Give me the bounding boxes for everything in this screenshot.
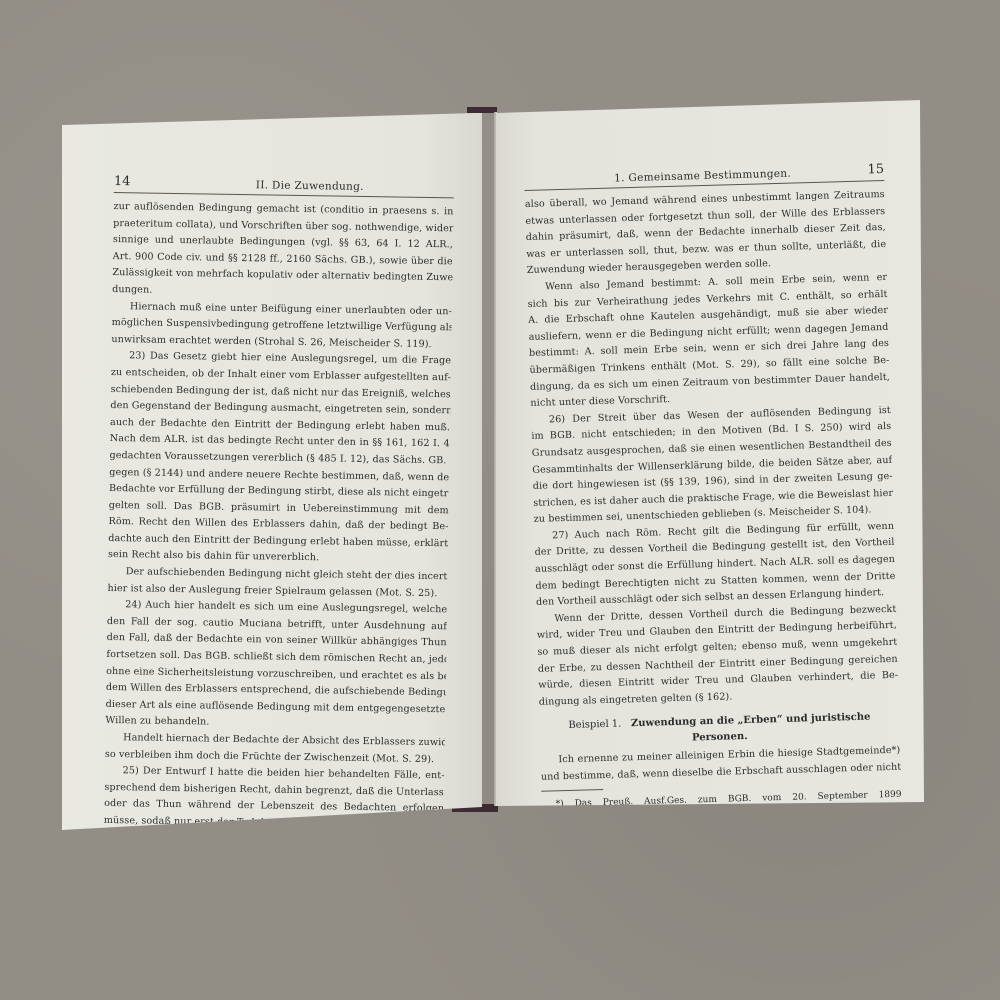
text-line: würde. Im Entwurf II ist dies ausgedehnt… — [103, 829, 443, 851]
left-page-content: 14 II. Die Zuwendung. zur auflösenden Be… — [103, 174, 454, 851]
page-number: 15 — [867, 162, 884, 177]
left-page-header: 14 II. Die Zuwendung. — [114, 174, 454, 198]
book-cover-edge-top — [467, 107, 497, 113]
example-label: Beispiel 1. — [568, 719, 621, 731]
right-page-body: also überall, wo Jemand während eines un… — [525, 187, 899, 711]
footnote-line: § 1. Schenkungen oder Zuwendungen von To… — [542, 815, 902, 839]
left-page: 14 II. Die Zuwendung. zur auflösenden Be… — [62, 108, 482, 830]
left-page-body: zur auflösenden Bedingung gemacht ist (c… — [103, 199, 453, 851]
footnote-rule — [541, 789, 603, 792]
text-line: müsse, sodaß nur erst der Tod den Eintri… — [104, 813, 444, 835]
right-page-header: 1. Gemeinsame Bestimmungen. 15 — [524, 162, 884, 191]
footnote: *) Das Preuß. Ausf.Ges. zum BGB. vom 20.… — [541, 787, 902, 839]
running-head: II. Die Zuwendung. — [256, 179, 364, 193]
right-page-content: 1. Gemeinsame Bestimmungen. 15 also über… — [524, 162, 902, 839]
running-head: 1. Gemeinsame Bestimmungen. — [614, 168, 791, 185]
footnote-line: *) Das Preuß. Ausf.Ges. zum BGB. vom 20.… — [541, 787, 901, 811]
right-page: 1. Gemeinsame Bestimmungen. 15 also über… — [496, 100, 924, 806]
page-number: 14 — [114, 174, 131, 189]
